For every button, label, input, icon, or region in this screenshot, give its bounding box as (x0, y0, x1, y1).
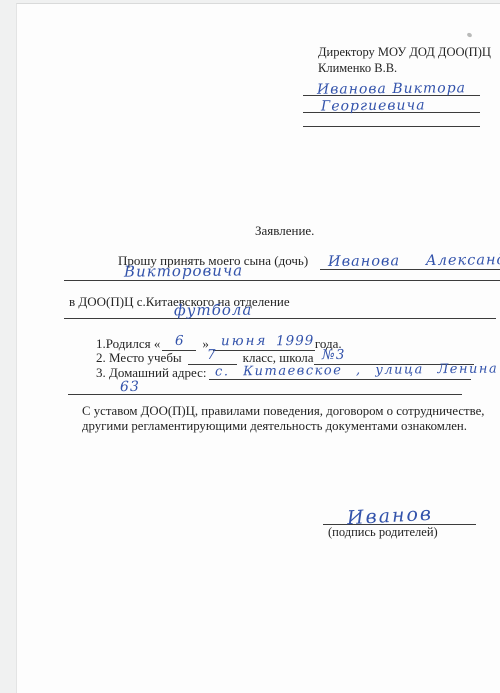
department-field: футбола (64, 301, 496, 319)
applicant-patronymic-handwriting: Георгиевича (321, 97, 426, 114)
child-patronymic-field: Викторовича (64, 264, 500, 281)
recipient-line2: Клименко В.В. (318, 61, 493, 77)
address-handwriting: с. Китаевское , улица Ленина (214, 362, 497, 380)
applicant-name-field: Иванова Виктора (303, 80, 480, 96)
recipient-line1: Директору МОУ ДОД ДОО(П)Ц (318, 45, 493, 61)
birth-day-handwriting: 6 (174, 333, 184, 349)
applicant-name-handwriting: Иванова Виктора (317, 80, 466, 98)
scanned-application-page: { "document": { "recipient": { "line1": … (0, 0, 500, 693)
signature-field: Иванов (323, 507, 476, 525)
recipient-block: Директору МОУ ДОД ДОО(П)Ц Клименко В.В. (318, 45, 493, 76)
address-second-field: 63 (68, 378, 462, 395)
applicant-blank-field (303, 114, 480, 127)
applicant-patronymic-field: Георгиевича (303, 97, 480, 113)
address-number-handwriting: 63 (120, 379, 140, 395)
paper-sheet: Директору МОУ ДОД ДОО(П)Ц Клименко В.В. … (16, 3, 500, 693)
signature-caption: (подпись родителей) (328, 525, 438, 540)
agreement-paragraph: С уставом ДОО(П)Ц, правилами поведения, … (82, 404, 486, 434)
birth-year-handwriting: 1999 (276, 333, 315, 349)
scan-artifact-speck (466, 32, 472, 38)
department-handwriting: футбола (174, 301, 253, 320)
agreement-line1: С уставом ДОО(П)Ц, правилами поведения, … (82, 404, 486, 419)
document-title: Заявление. (255, 223, 314, 238)
child-patronymic-handwriting: Викторовича (124, 261, 243, 280)
agreement-line2: другими регламентирующими деятельность д… (82, 419, 486, 434)
